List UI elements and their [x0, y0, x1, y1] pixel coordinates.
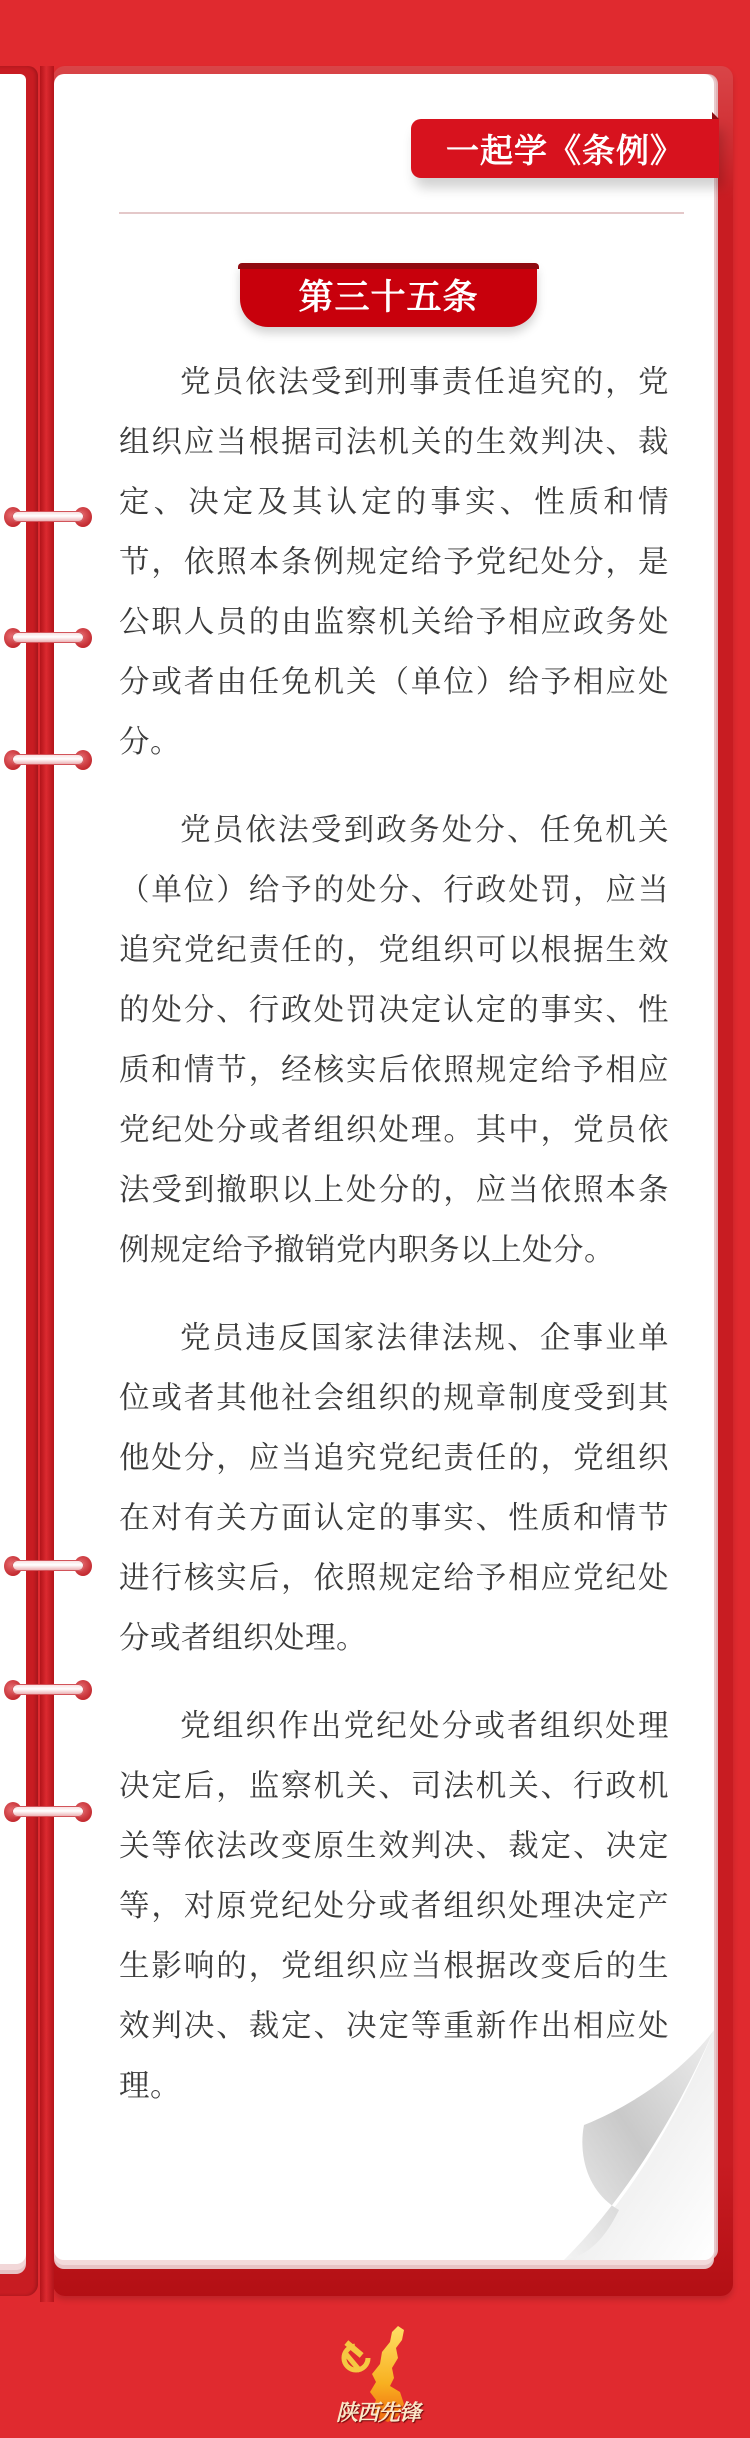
binder-ring: [4, 750, 92, 768]
article-title: 第三十五条: [240, 263, 537, 327]
binder-ring: [4, 1556, 92, 1574]
header-divider: [119, 212, 684, 214]
article-paragraph: 党组织作出党纪处分或者组织处理决定后，监察机关、司法机关、行政机关等依法改变原生…: [119, 1697, 669, 2117]
binder-ring: [4, 507, 92, 525]
previous-page-edge: [0, 74, 26, 2264]
binder-rod: [40, 66, 54, 2302]
article-body: 党员依法受到刑事责任追究的，党组织应当根据司法机关的生效判决、裁定、决定及其认定…: [119, 353, 669, 2145]
binder-ring: [4, 1680, 92, 1698]
article-paragraph: 党员依法受到政务处分、任免机关（单位）给予的处分、行政处罚，应当追究党纪责任的，…: [119, 801, 669, 1281]
binder-ring: [4, 1802, 92, 1820]
ribbon-fold: [712, 112, 719, 119]
binder-ring: [4, 628, 92, 646]
section-ribbon: 一起学《条例》: [411, 119, 719, 178]
article-paragraph: 党员违反国家法律法规、企事业单位或者其他社会组织的规章制度受到其他处分，应当追究…: [119, 1309, 669, 1669]
logo-wordmark: 陕西先锋: [323, 2396, 433, 2427]
article-paragraph: 党员依法受到刑事责任追究的，党组织应当根据司法机关的生效判决、裁定、决定及其认定…: [119, 353, 669, 773]
